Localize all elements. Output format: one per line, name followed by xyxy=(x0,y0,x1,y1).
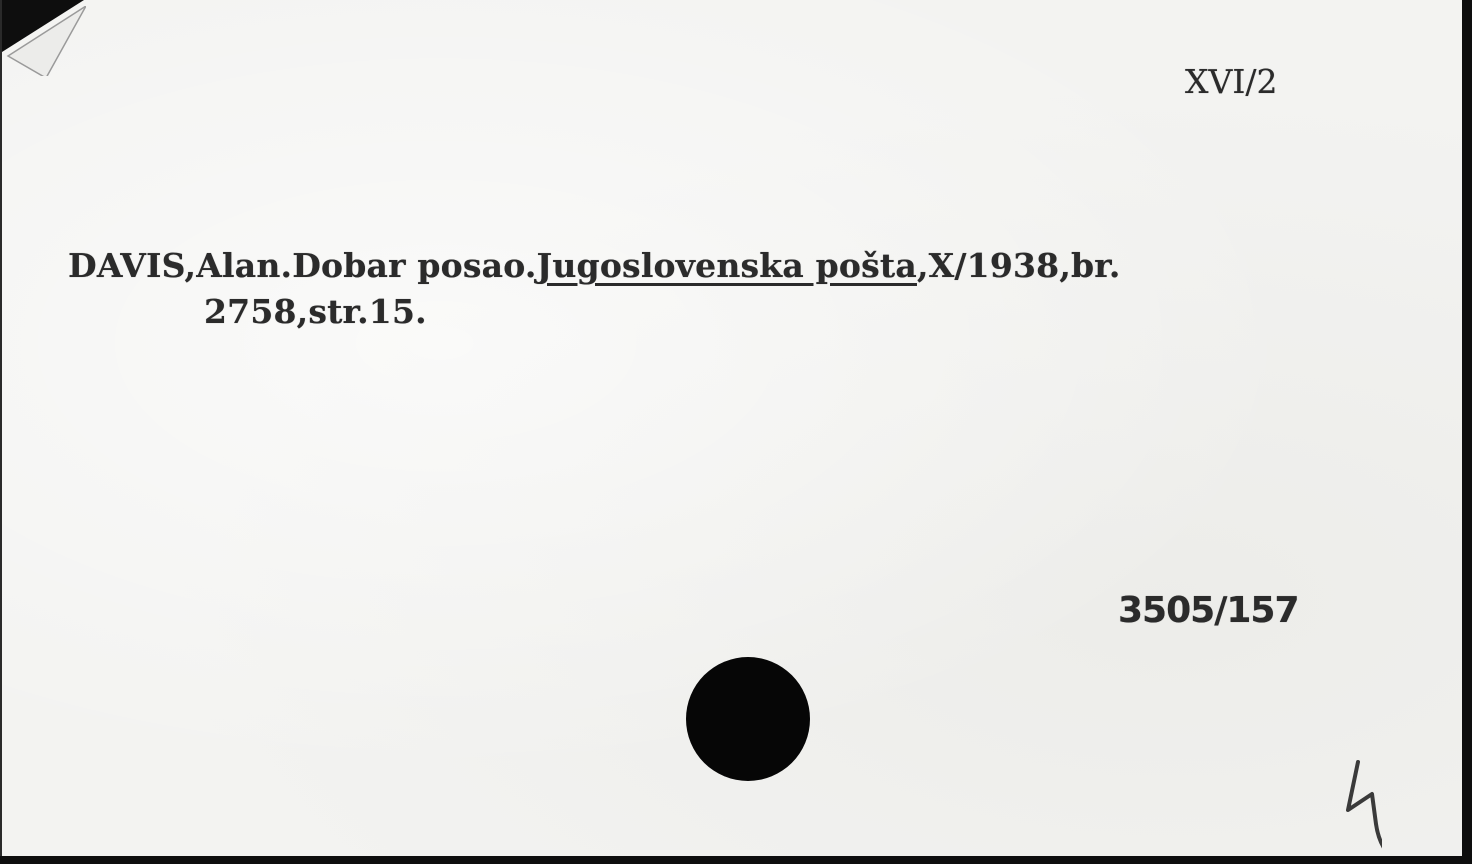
entry-title: Dobar posao. xyxy=(292,246,536,285)
handwritten-mark-icon xyxy=(1342,752,1382,852)
folded-corner-icon xyxy=(6,6,86,76)
scan-bottom-edge xyxy=(0,856,1472,864)
classification-code: XVI/2 xyxy=(1185,62,1277,101)
entry-line-1: DAVIS,Alan.Dobar posao.Jugoslovenska poš… xyxy=(68,246,1121,285)
entry-source-title: Jugoslovenska pošta xyxy=(537,246,917,285)
entry-author: DAVIS,Alan. xyxy=(68,246,292,285)
entry-citation: ,X/1938,br. xyxy=(917,246,1121,285)
accession-number: 3505/157 xyxy=(1118,590,1299,631)
catalog-card: XVI/2 DAVIS,Alan.Dobar posao.Jugoslovens… xyxy=(0,0,1462,858)
scan-right-edge xyxy=(1462,0,1472,864)
punch-hole-icon xyxy=(686,657,810,781)
entry-line-2: 2758,str.15. xyxy=(204,292,427,331)
